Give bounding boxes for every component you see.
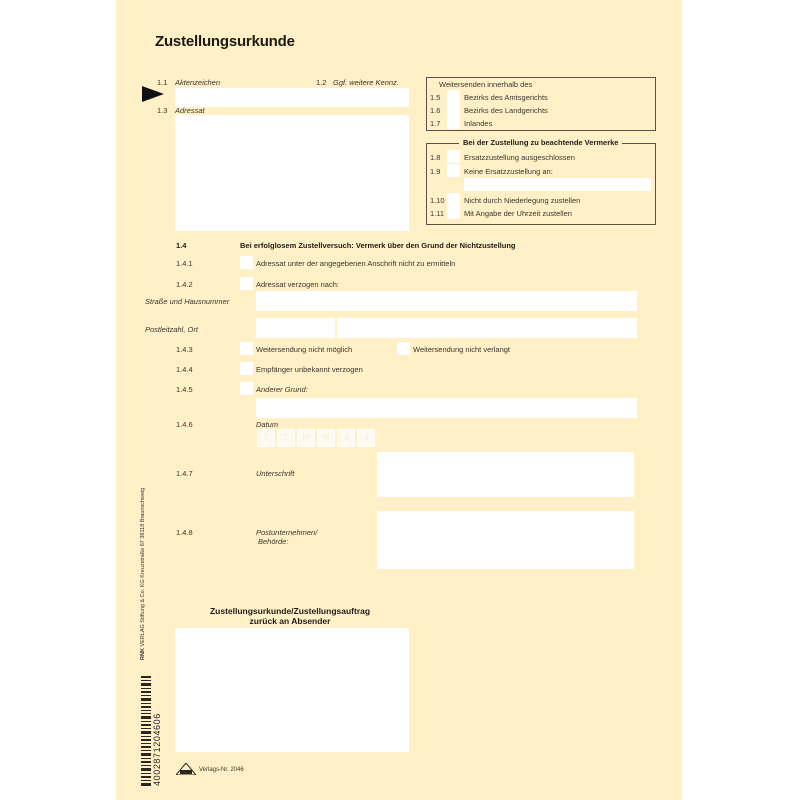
checkbox-keine-ersatzzustellung[interactable] [447, 164, 460, 177]
label-nicht-zu-ermitteln: Adressat unter der angegebenen Anschrift… [256, 259, 455, 268]
street-label: Straße und Hausnummer [145, 297, 229, 306]
publisher-logo-icon [176, 763, 196, 775]
checkbox-amtsgericht[interactable] [447, 90, 460, 103]
label-niederlegung: Nicht durch Niederlegung zustellen [464, 196, 580, 205]
field-number-1-4-2: 1.4.2 [176, 280, 193, 289]
sender-address-textarea[interactable] [175, 628, 409, 752]
field-number-1-4-7: 1.4.7 [176, 469, 193, 478]
field-number-1-4-1: 1.4.1 [176, 259, 193, 268]
zip-city-label: Postleitzahl, Ort [145, 325, 198, 334]
notes-box-title: Bei der Zustellung zu beachtende Vermerk… [459, 138, 622, 147]
adressat-label: Adressat [175, 106, 205, 115]
failure-heading: Bei erfolglosem Zustellversuch: Vermerk … [240, 241, 515, 250]
return-heading-line2: zurück an Absender [175, 616, 405, 626]
label-ersatzzustellung-ausgeschlossen: Ersatzzustellung ausgeschlossen [464, 153, 575, 162]
checkbox-inlandes[interactable] [447, 116, 460, 129]
label-uhrzeit: Mit Angabe der Uhrzeit zustellen [464, 209, 572, 218]
checkbox-weitersendung-nicht-moeglich[interactable] [240, 342, 253, 355]
label-verzogen-nach: Adressat verzogen nach: [256, 280, 339, 289]
aktenzeichen-label: Aktenzeichen [175, 78, 220, 87]
label-landgericht: Bezirks des Landgerichts [464, 106, 548, 115]
checkbox-niederlegung[interactable] [447, 193, 460, 206]
city-input[interactable] [337, 318, 637, 338]
field-number-1-4-4: 1.4.4 [176, 365, 193, 374]
date-day-1[interactable]: T [257, 429, 275, 447]
checkbox-nicht-zu-ermitteln[interactable] [240, 256, 253, 269]
label-weitersendung-nicht-verlangt: Weitersendung nicht verlangt [413, 345, 510, 354]
label-weitersendung-nicht-moeglich: Weitersendung nicht möglich [256, 345, 352, 354]
label-anderer-grund: Anderer Grund: [256, 385, 308, 394]
date-year-1[interactable]: J [337, 429, 355, 447]
field-number-1-4-3: 1.4.3 [176, 345, 193, 354]
adressat-textarea[interactable] [175, 115, 409, 231]
checkbox-weitersendung-nicht-verlangt[interactable] [397, 342, 410, 355]
checkbox-ersatzzustellung-ausgeschlossen[interactable] [447, 150, 460, 163]
field-number-1-8: 1.8 [430, 153, 440, 162]
field-number-1-4: 1.4 [176, 241, 186, 250]
verlags-nr: Verlags-Nr. 2046 [199, 767, 244, 773]
field-number-1-5: 1.5 [430, 93, 440, 102]
field-number-1-7: 1.7 [430, 119, 440, 128]
field-number-1-4-8: 1.4.8 [176, 528, 193, 537]
weitere-kennz-label: Ggf. weitere Kennz. [333, 78, 399, 87]
field-number-1-11: 1.11 [430, 209, 444, 218]
date-day-2[interactable]: T [277, 429, 295, 447]
date-month-1[interactable]: M [297, 429, 315, 447]
keine-ersatzzustellung-input[interactable] [464, 178, 651, 191]
postunternehmen-label: Postunternehmen/ [256, 528, 317, 537]
field-number-1-9: 1.9 [430, 167, 440, 176]
publisher-address: VERLAG Stiftung & Co. KG Kreuzstraße 67 … [140, 488, 146, 647]
postunternehmen-field[interactable] [377, 511, 634, 569]
checkbox-landgericht[interactable] [447, 103, 460, 116]
label-inlandes: Inlandes [464, 119, 492, 128]
field-number-1-3: 1.3 [157, 106, 167, 115]
checkbox-uhrzeit[interactable] [447, 206, 460, 219]
form-title: Zustellungsurkunde [155, 33, 295, 50]
checkbox-unbekannt-verzogen[interactable] [240, 362, 253, 375]
field-number-1-4-5: 1.4.5 [176, 385, 193, 394]
field-number-1-4-6: 1.4.6 [176, 420, 193, 429]
aktenzeichen-input[interactable] [175, 88, 409, 107]
behoerde-label: Behörde: [258, 537, 288, 546]
anderer-grund-input[interactable] [256, 398, 637, 418]
label-amtsgericht: Bezirks des Amtsgerichts [464, 93, 548, 102]
label-keine-ersatzzustellung: Keine Ersatzzustellung an: [464, 167, 553, 176]
publisher-imprint: RNK VERLAG Stiftung & Co. KG Kreuzstraße… [140, 488, 146, 660]
field-number-1-10: 1.10 [430, 196, 445, 205]
date-month-2[interactable]: M [317, 429, 335, 447]
label-unbekannt-verzogen: Empfänger unbekannt verzogen [256, 365, 363, 374]
field-number-1-2: 1.2 [316, 78, 326, 87]
arrow-marker-icon [142, 86, 164, 102]
signature-field[interactable] [377, 452, 634, 497]
return-heading-line1: Zustellungsurkunde/Zustellungsauftrag [175, 606, 405, 616]
barcode-number: 4002871204606 [152, 713, 162, 786]
date-year-2[interactable]: J [357, 429, 375, 447]
unterschrift-label: Unterschrift [256, 469, 294, 478]
street-input[interactable] [256, 291, 637, 311]
date-input-group: T T M M J J [257, 429, 375, 447]
field-number-1-6: 1.6 [430, 106, 440, 115]
forwarding-box-title: Weitersenden innerhalb des [439, 80, 532, 89]
checkbox-anderer-grund[interactable] [240, 382, 253, 395]
checkbox-verzogen-nach[interactable] [240, 277, 253, 290]
zip-input[interactable] [256, 318, 335, 338]
publisher-brand: RNK [140, 648, 146, 660]
datum-label: Datum [256, 420, 278, 429]
